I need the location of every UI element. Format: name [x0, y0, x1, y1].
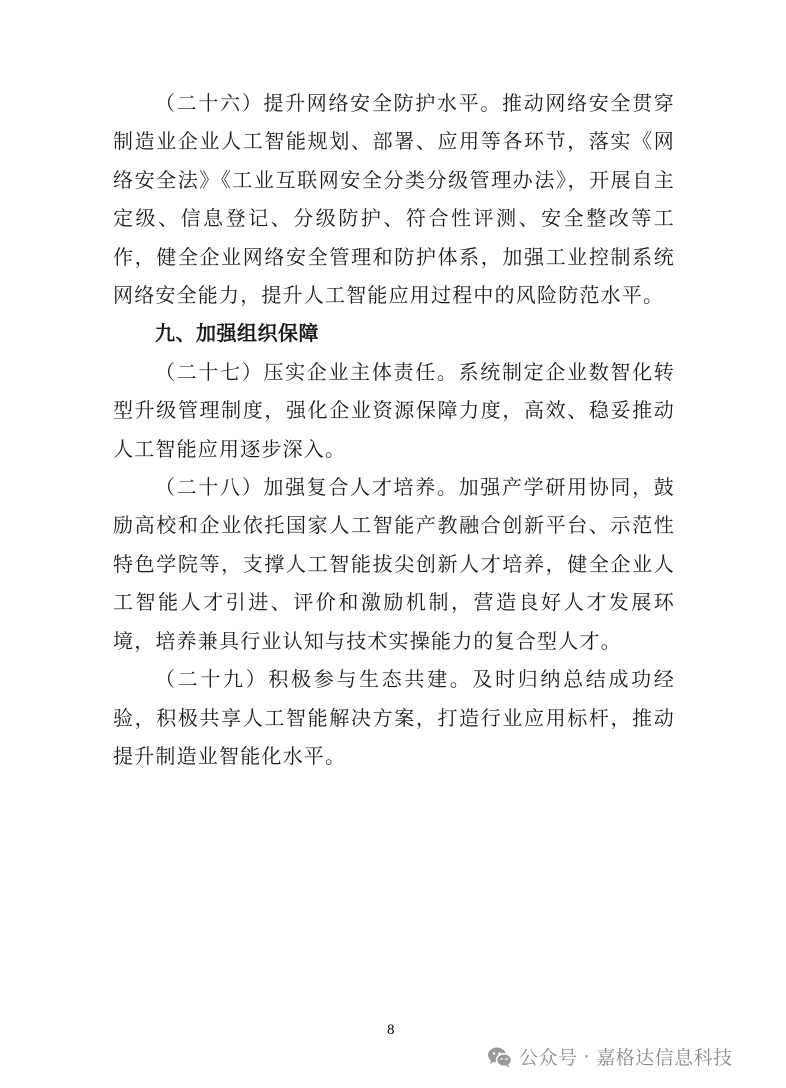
page-number: 8 — [387, 1022, 395, 1039]
paragraph-29: （二十九）积极参与生态共建。及时归纳总结成功经验，积极共享人工智能解决方案，打造… — [113, 660, 675, 775]
paragraph-27: （二十七）压实企业主体责任。系统制定企业数智化转型升级管理制度，强化企业资源保障… — [113, 353, 675, 468]
paragraph-26: （二十六）提升网络安全防护水平。推动网络安全贯穿制造业企业人工智能规划、部署、应… — [113, 84, 675, 314]
document-page: （二十六）提升网络安全防护水平。推动网络安全贯穿制造业企业人工智能规划、部署、应… — [113, 84, 675, 775]
watermark-account-name: 嘉格达信息科技 — [596, 1043, 733, 1070]
wechat-icon — [487, 1046, 513, 1068]
paragraph-28: （二十八）加强复合人才培养。加强产学研用协同，鼓励高校和企业依托国家人工智能产教… — [113, 468, 675, 660]
wechat-watermark: 公众号 · 嘉格达信息科技 — [487, 1043, 733, 1070]
section-heading-9: 九、加强组织保障 — [113, 314, 675, 352]
watermark-separator: · — [584, 1046, 591, 1068]
watermark-label: 公众号 — [519, 1043, 578, 1070]
